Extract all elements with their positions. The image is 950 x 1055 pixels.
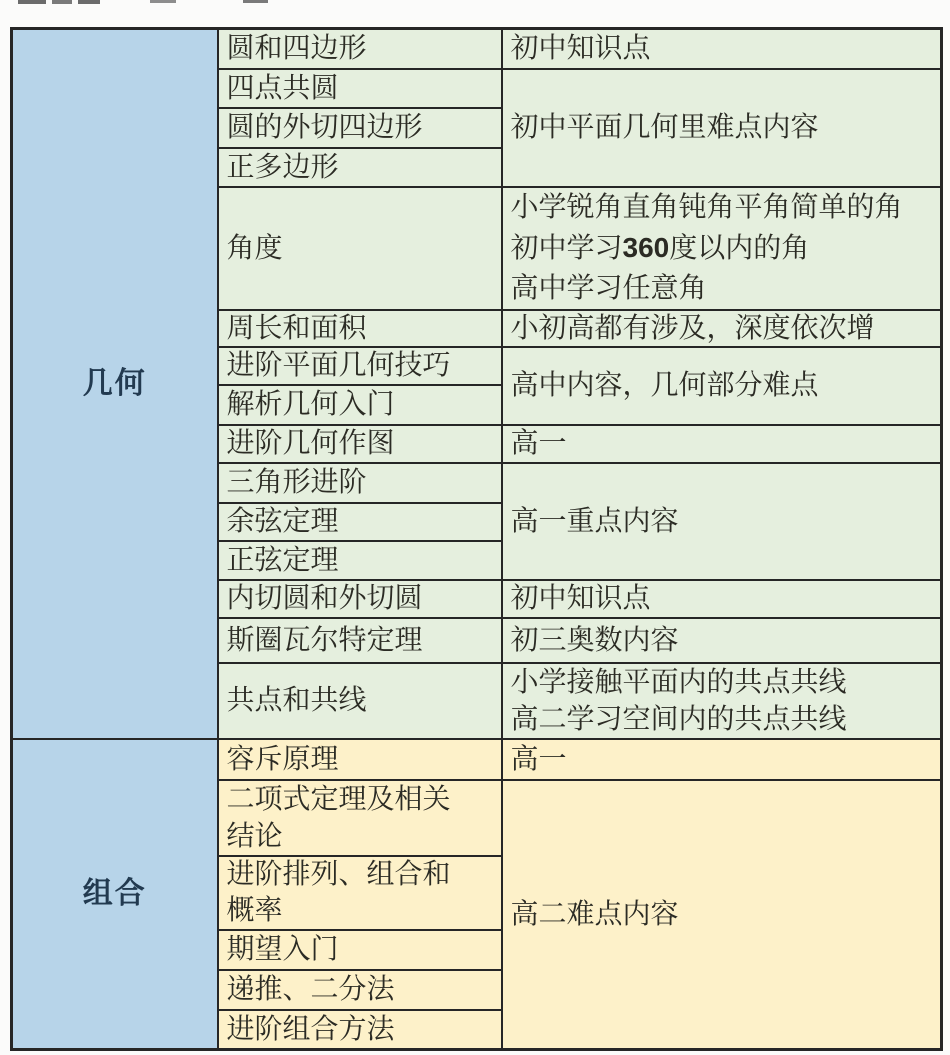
description-cell: 小学接触平面内的共点共线 高二学习空间内的共点共线 (502, 663, 942, 739)
topic-cell: 期望入门 (218, 930, 502, 970)
cropped-text-fragment (243, 0, 268, 3)
description-cell: 初中知识点 (502, 29, 942, 69)
topic-line: 进阶排列、组合和 (227, 857, 495, 893)
description-cell: 初三奥数内容 (502, 618, 942, 663)
topic-cell: 圆和四边形 (218, 29, 502, 69)
topic-cell: 余弦定理 (218, 503, 502, 541)
description-line: 高中学习任意角 (511, 269, 935, 309)
description-cell: 高一重点内容 (502, 463, 942, 580)
topic-cell: 周长和面积 (218, 310, 502, 347)
topic-line: 结论 (227, 818, 495, 855)
topic-cell: 角度 (218, 187, 502, 310)
cropped-text-fragment (18, 0, 46, 4)
degree-number: 360 (623, 232, 670, 263)
description-cell: 高二难点内容 (502, 780, 942, 1050)
cropped-text-fragment (78, 0, 100, 4)
topic-cell: 进阶平面几何技巧 (218, 347, 502, 385)
description-line: 高二学习空间内的共点共线 (511, 701, 935, 738)
topic-cell: 圆的外切四边形 (218, 108, 502, 148)
topic-cell: 正弦定理 (218, 541, 502, 580)
description-cell: 高中内容，几何部分难点 (502, 347, 942, 425)
topic-cell: 进阶组合方法 (218, 1010, 502, 1050)
description-line: 小学锐角直角钝角平角简单的角 (511, 188, 935, 228)
description-cell: 初中平面几何里难点内容 (502, 69, 942, 187)
topic-cell: 二项式定理及相关 结论 (218, 780, 502, 856)
topic-cell: 递推、二分法 (218, 970, 502, 1010)
topic-cell: 解析几何入门 (218, 385, 502, 425)
category-cell-combinatorics: 组合 (12, 739, 218, 1050)
topic-line: 二项式定理及相关 (227, 781, 495, 818)
description-cell: 初中知识点 (502, 580, 942, 618)
topic-cell: 四点共圆 (218, 69, 502, 108)
topic-cell: 正多边形 (218, 148, 502, 187)
description-cell: 高一 (502, 739, 942, 780)
topic-cell: 进阶排列、组合和 概率 (218, 856, 502, 930)
topic-cell: 内切圆和外切圆 (218, 580, 502, 618)
topic-cell: 共点和共线 (218, 663, 502, 739)
table-row: 几何 圆和四边形 初中知识点 (12, 29, 942, 69)
cropped-text-fragment (52, 0, 72, 4)
description-cell: 高一 (502, 425, 942, 463)
topic-cell: 三角形进阶 (218, 463, 502, 503)
topic-cell: 容斥原理 (218, 739, 502, 780)
cropped-text-fragment (150, 0, 176, 3)
category-cell-geometry: 几何 (12, 29, 218, 739)
description-line: 初中学习360度以内的角 (511, 228, 935, 269)
topic-cell: 斯圈瓦尔特定理 (218, 618, 502, 663)
knowledge-table: 几何 圆和四边形 初中知识点 四点共圆 初中平面几何里难点内容 圆的外切四边形 … (10, 27, 943, 1051)
table-row: 组合 容斥原理 高一 (12, 739, 942, 780)
topic-line: 概率 (227, 893, 495, 929)
screenshot-canvas: 几何 圆和四边形 初中知识点 四点共圆 初中平面几何里难点内容 圆的外切四边形 … (0, 0, 950, 1055)
topic-cell: 进阶几何作图 (218, 425, 502, 463)
description-cell: 小学锐角直角钝角平角简单的角 初中学习360度以内的角 高中学习任意角 (502, 187, 942, 310)
description-cell: 小初高都有涉及，深度依次增 (502, 310, 942, 347)
description-line: 小学接触平面内的共点共线 (511, 664, 935, 701)
